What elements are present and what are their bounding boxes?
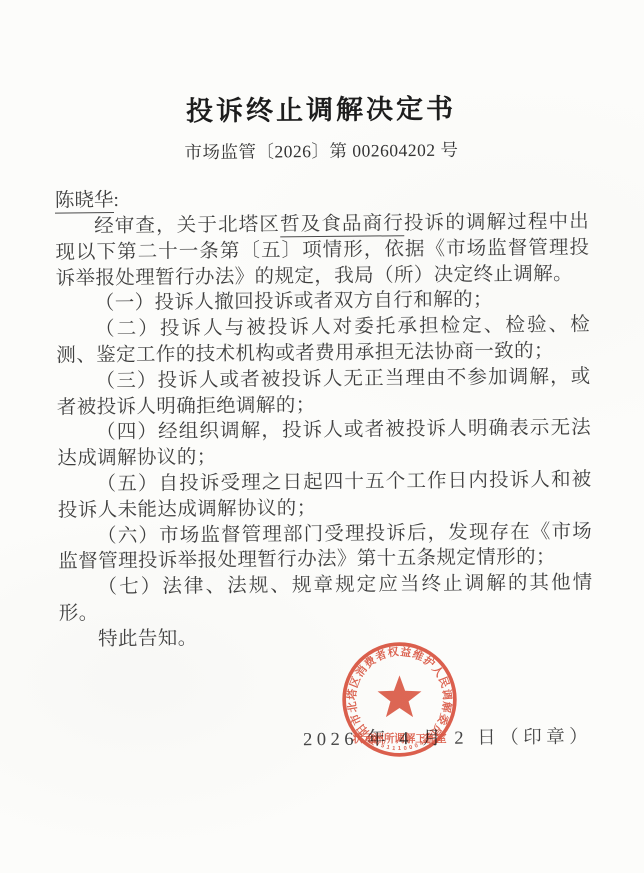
svg-text:1: 1: [386, 745, 390, 752]
svg-text:1: 1: [392, 746, 396, 752]
svg-text:塔: 塔: [344, 688, 359, 701]
decision-item-4: （四）经组织调解，投诉人或者被投诉人明确表示无法达成调解协议的；: [57, 416, 591, 473]
merchant-name: 哲及食品商行: [280, 213, 404, 237]
document-title: 投诉终止调解决定书: [54, 85, 588, 129]
decision-item-5: （五）自投诉受理之日起四十五个工作日内投诉人和被投诉人未能达成调解协议的；: [57, 467, 591, 524]
recipient-colon: :: [113, 190, 119, 211]
decision-item-2: （二）投诉人与被投诉人对委托承担检定、检验、检测、鉴定工作的技术机构或者费用承担…: [56, 313, 590, 370]
decision-item-6: （六）市场监督管理部门受理投诉后，发现存在《市场监督管理投诉举报处理暂行办法》第…: [58, 519, 592, 576]
intro-prefix: 经审查，关于北塔区: [94, 214, 280, 237]
official-seal: 邵阳市北塔区消费者权益维护人民调解委员会状元洲所调解工作室43051110004…: [338, 638, 461, 761]
document-content: 投诉终止调解决定书 市场监管〔2026〕第 002604202 号 陈晓华: 经…: [54, 85, 594, 753]
svg-text:北: 北: [345, 701, 360, 714]
document-page: 投诉终止调解决定书 市场监管〔2026〕第 002604202 号 陈晓华: 经…: [0, 0, 644, 873]
svg-text:0: 0: [409, 745, 413, 752]
svg-text:1: 1: [398, 746, 401, 752]
document-number: 市场监管〔2026〕第 002604202 号: [54, 135, 588, 165]
official-seal-graphic: 邵阳市北塔区消费者权益维护人民调解委员会状元洲所调解工作室43051110004…: [338, 638, 461, 761]
svg-text:5: 5: [380, 743, 385, 750]
decision-item-7: （七）法律、法规、规章规定应当终止调解的其他情形。: [58, 571, 592, 628]
decision-items-list: （一）投诉人撤回投诉或者双方自行和解的； （二）投诉人与被投诉人对委托承担检定、…: [56, 287, 593, 627]
svg-text:权: 权: [387, 644, 400, 659]
svg-text:0: 0: [403, 746, 407, 752]
intro-paragraph: 经审查，关于北塔区哲及食品商行投诉的调解过程中出现以下第二十一条第〔五〕项情形，…: [55, 209, 590, 292]
date-line: 2026 年 4 月 2 日（印章）: [60, 722, 594, 753]
closing-statement: 特此告知。: [59, 622, 593, 653]
recipient-name: 陈晓华: [55, 190, 114, 214]
svg-text:调: 调: [440, 688, 455, 700]
decision-item-3: （三）投诉人或者被投诉人无正当理由不参加调解，或者被投诉人明确拒绝调解的；: [57, 364, 591, 421]
